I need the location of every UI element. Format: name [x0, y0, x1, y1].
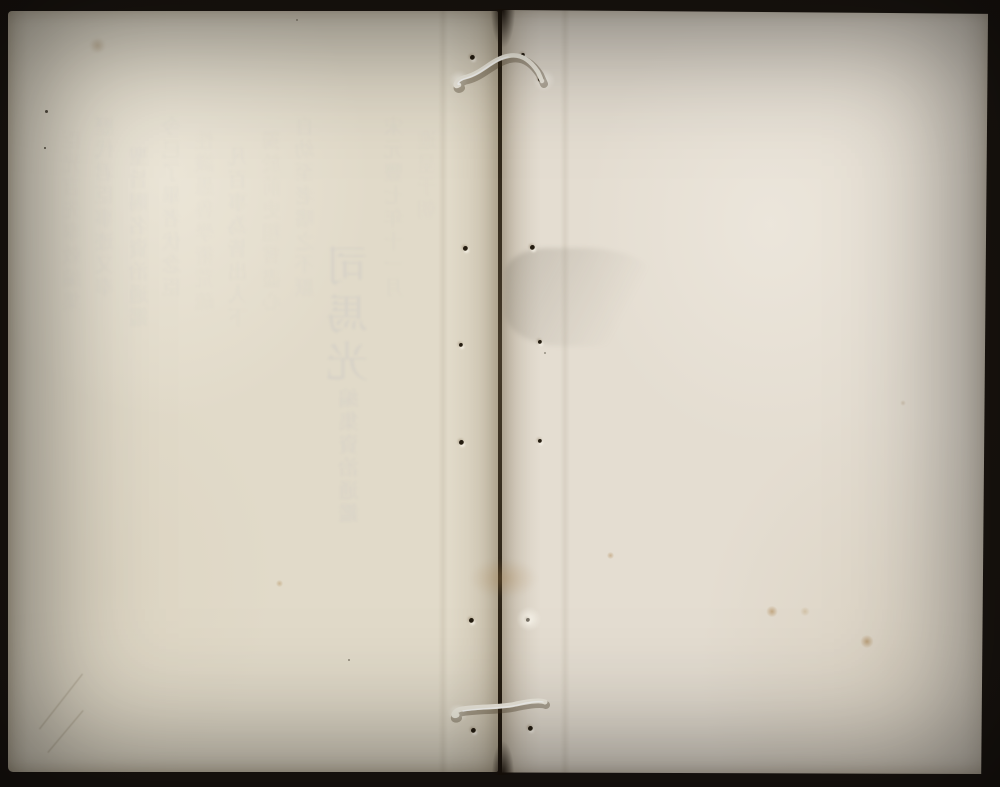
photo-background: 臣光言先奉敕編集歷代君臣事迹又奉聖旨賜名資治通鑑今已了畢者伏念臣性識愚魯學術荒疏… — [0, 0, 1000, 787]
speck — [44, 147, 46, 149]
speck — [348, 659, 350, 661]
left-page-crease — [438, 11, 448, 772]
ghost-text-column: 歷代君臣事迹又奉 — [96, 116, 116, 631]
stain — [800, 607, 810, 616]
ghost-text-column: 凡百事為皆出人下 — [229, 116, 249, 631]
stain — [276, 580, 283, 587]
stain — [900, 400, 906, 406]
stain — [766, 606, 778, 617]
ghost-text-column: 臣光言先奉敕編集 — [63, 116, 83, 631]
stain — [860, 635, 874, 648]
ghost-title-subtext: 編集資治通鑑 — [338, 388, 362, 526]
left-page: 臣光言先奉敕編集歷代君臣事迹又奉聖旨賜名資治通鑑今已了畢者伏念臣性識愚魯學術荒疏… — [8, 11, 498, 772]
right-page-crease — [560, 10, 570, 774]
ghost-text-column: 今已了畢者伏念臣 — [163, 116, 183, 631]
scratch-mark — [47, 710, 83, 753]
speck — [296, 19, 298, 21]
ghost-text-column: 宋元豐七年十一月 — [385, 116, 405, 631]
speck — [544, 352, 546, 354]
stain — [607, 552, 614, 559]
ghost-text-column: 自幼至老嗜之不厭 — [296, 116, 316, 631]
spine-gutter-line — [498, 9, 502, 775]
stain — [89, 38, 106, 53]
right-page — [502, 10, 989, 774]
speck — [45, 110, 48, 113]
ghost-bleedthrough-text: 臣光言先奉敕編集歷代君臣事迹又奉聖旨賜名資治通鑑今已了畢者伏念臣性識愚魯學術荒疏… — [63, 116, 438, 631]
scratch-mark — [39, 674, 83, 730]
ghost-text-column: 聖旨賜名資治通鑑 — [130, 116, 150, 631]
book-spread: 臣光言先奉敕編集歷代君臣事迹又奉聖旨賜名資治通鑑今已了畢者伏念臣性識愚魯學術荒疏… — [8, 9, 988, 775]
ghost-text-column: 獨於前史粗嘗盡心 — [263, 116, 283, 631]
ghost-title-column: 司馬光編集資治通鑑 — [329, 116, 371, 631]
ghost-text-column: 性識愚魯學術荒疏 — [196, 116, 216, 631]
ghost-text-column: 進呈于朝 — [418, 116, 438, 631]
